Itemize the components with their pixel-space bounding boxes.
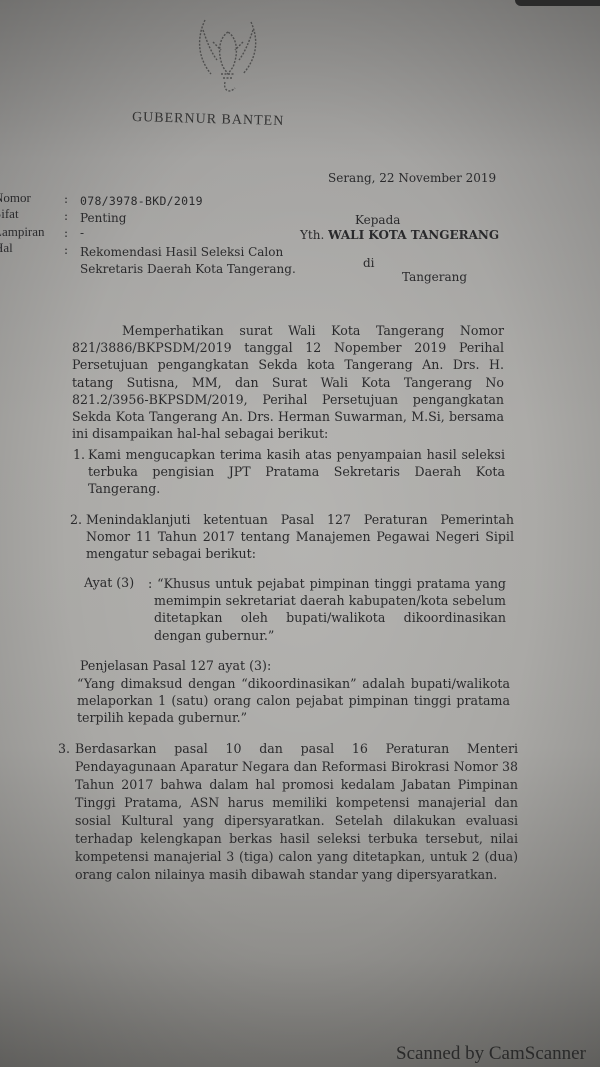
- ayat-quote: : “Khusus untuk pejabat pimpinan tinggi …: [148, 575, 506, 644]
- list-text: Berdasarkan pasal 10 dan pasal 16 Peratu…: [75, 740, 518, 884]
- garuda-emblem-icon: [183, 12, 273, 102]
- meta-colon: :: [64, 192, 68, 206]
- meta-label-nomor: Nomor: [0, 190, 31, 206]
- penjelasan-text: “Yang dimaksud dengan “dikoordinasikan” …: [77, 675, 510, 727]
- list-text: Kami mengucapkan terima kasih atas penya…: [88, 446, 505, 498]
- meta-label-lampiran: Lampiran: [0, 224, 45, 240]
- recipient-yth: Yth.: [300, 228, 324, 242]
- edge-shadow: [515, 0, 600, 6]
- meta-label-hal: Hal: [0, 240, 13, 256]
- list-item-3: 3. Berdasarkan pasal 10 dan pasal 16 Per…: [58, 740, 518, 884]
- list-number: 3.: [58, 740, 70, 758]
- recipient-kepada: Kepada: [355, 213, 400, 227]
- penjelasan-quote: “Yang dimaksud dengan “dikoordinasikan” …: [77, 675, 510, 727]
- intro-text: Memperhatikan surat Wali Kota Tangerang …: [72, 322, 504, 442]
- letterhead-title: GUBERNUR BANTEN: [132, 110, 285, 130]
- meta-value-lampiran: -: [80, 226, 84, 240]
- ayat-label: Ayat (3): [84, 575, 134, 590]
- intro-paragraph: Memperhatikan surat Wali Kota Tangerang …: [72, 322, 504, 442]
- penjelasan-title: Penjelasan Pasal 127 ayat (3):: [80, 658, 271, 673]
- meta-label-sifat: Sifat: [0, 206, 19, 222]
- recipient-place: Tangerang: [402, 270, 467, 284]
- recipient-name: WALI KOTA TANGERANG: [328, 228, 499, 242]
- meta-value-hal-line2: Sekretaris Daerah Kota Tangerang.: [80, 262, 296, 276]
- date-line: Serang, 22 November 2019: [328, 171, 496, 185]
- meta-value-sifat: Penting: [80, 211, 126, 225]
- meta-value-nomor: 078/3978-BKD/2019: [80, 194, 203, 208]
- meta-colon: :: [64, 226, 68, 240]
- meta-colon: :: [64, 209, 68, 223]
- list-number: 1.: [73, 446, 85, 463]
- list-item-2: 2. Menindaklanjuti ketentuan Pasal 127 P…: [70, 511, 514, 563]
- list-text: Menindaklanjuti ketentuan Pasal 127 Pera…: [86, 511, 514, 563]
- list-item-1: 1. Kami mengucapkan terima kasih atas pe…: [73, 446, 505, 498]
- recipient-di: di: [363, 256, 375, 270]
- meta-colon: :: [64, 243, 68, 257]
- scanner-watermark: Scanned by CamScanner: [396, 1043, 586, 1065]
- ayat-text: : “Khusus untuk pejabat pimpinan tinggi …: [154, 575, 506, 644]
- list-number: 2.: [70, 511, 82, 528]
- recipient-line: Yth. WALI KOTA TANGERANG: [300, 228, 499, 242]
- meta-value-hal: Rekomendasi Hasil Seleksi Calon: [80, 245, 283, 259]
